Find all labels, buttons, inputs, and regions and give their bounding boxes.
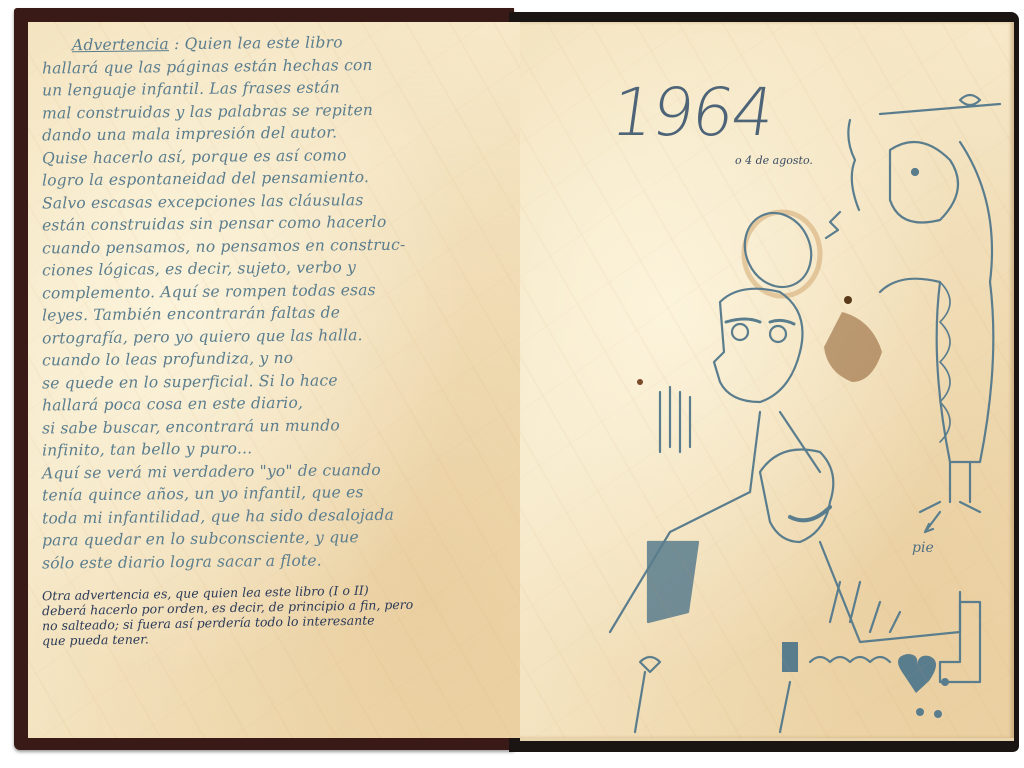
pie-label: pie	[912, 540, 934, 556]
text-line: sólo este diario logra sacar a flote.	[42, 547, 521, 575]
bearded-man-sketch	[610, 450, 980, 733]
man-with-glasses-sketch	[660, 289, 820, 492]
left-page: Advertencia : Quien lea este libro halla…	[28, 22, 521, 738]
date-note: o 4 de agosto.	[735, 154, 813, 167]
woman-figure-sketch	[826, 95, 1000, 512]
open-notebook: Advertencia : Quien lea este libro halla…	[14, 8, 1020, 756]
handwritten-warning-text: Advertencia : Quien lea este libro halla…	[42, 32, 521, 572]
right-page: 1964 o 4 de agosto. pie	[520, 22, 1014, 738]
handwritten-footnote: Otra advertencia es, que quien lea este …	[42, 584, 521, 644]
coffee-stain	[637, 212, 882, 385]
warning-title: Advertencia	[72, 35, 169, 54]
arrow-sketch	[925, 512, 940, 532]
year-heading: 1964	[607, 74, 778, 151]
